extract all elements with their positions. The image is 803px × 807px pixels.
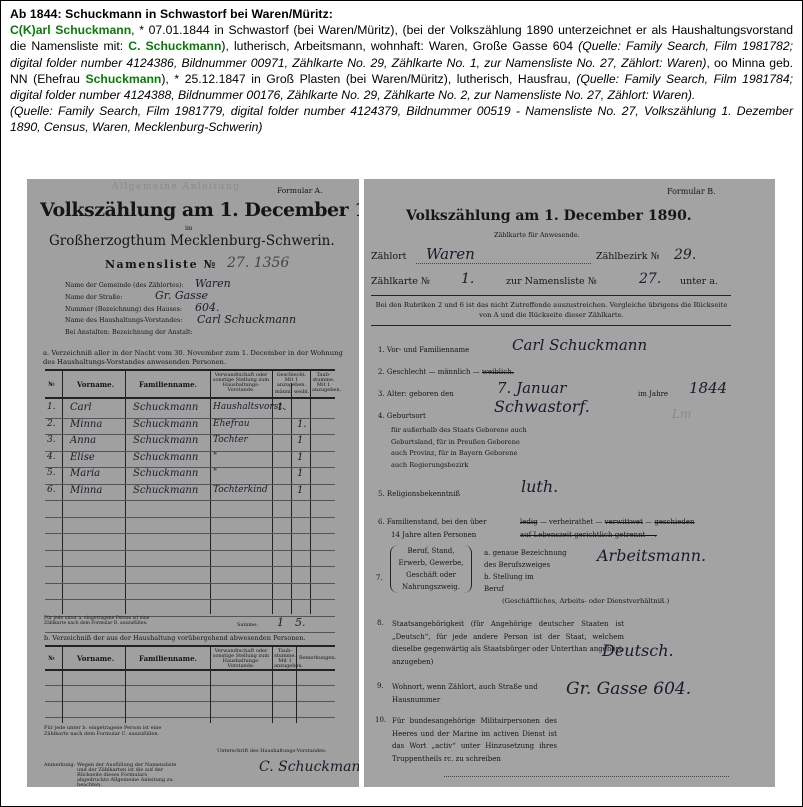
- item-no: 2.: [378, 368, 385, 376]
- option-verwittwet: verwittwet: [605, 518, 643, 526]
- census-source-paragraph: (Quelle: Family Search, Film 1981779, di…: [10, 103, 793, 135]
- cell-stellung: ": [213, 468, 217, 478]
- option-verheiratet: verheirathet: [549, 518, 593, 526]
- cell-no: 1.: [47, 402, 56, 412]
- text-span: ), * 25.12.1847 in Groß Plasten (bei War…: [161, 72, 576, 86]
- source-citation: (Quelle: Family Search, Film 1981779, di…: [10, 104, 793, 134]
- namensliste-label: zur Namensliste №: [506, 276, 597, 287]
- col-no: №: [48, 655, 55, 662]
- cell-vorname: Maria: [70, 468, 100, 479]
- item-7a-label: a. genaue Bezeichnung des Berufszweiges: [484, 547, 579, 571]
- unter-label: unter a.: [680, 276, 718, 287]
- field-hausnummer: Nummer (Bezeichnung) des Hauses:: [65, 304, 193, 316]
- signature-name: C. Schuckmann: [128, 39, 221, 53]
- text-span: ), lutherisch, Arbeitsmann, wohnhaft: Wa…: [221, 39, 578, 53]
- item-label: 14 Jahre alten Personen: [378, 529, 486, 542]
- cell-stellung: Tochterkind: [213, 485, 268, 495]
- col-vorname: Vorname.: [77, 380, 114, 389]
- cell-w: 1: [297, 468, 303, 479]
- note-b: Für jede unter b. eingetragene Person is…: [44, 725, 164, 737]
- col-bemerkungen: Bemerkungen.: [299, 656, 336, 661]
- col-stellung: Verwandtschaft oder sonstige Stellung zu…: [212, 649, 270, 669]
- note-a: Für jede unter a. eingetragene Person is…: [44, 616, 164, 626]
- item-label: Religionsbekenntniß: [387, 490, 460, 498]
- cell-stellung: Haushaltsvorst.: [213, 402, 285, 412]
- cell-stellung: Ehefrau: [213, 419, 250, 429]
- field-vorstand: Name des Haushaltungs-Vorstandes:: [65, 315, 193, 327]
- vorstand-value: Carl Schuckmann: [197, 313, 296, 326]
- sub-label: Geburtsland, für in Preußen Geborene: [391, 437, 527, 449]
- row-line: [45, 550, 335, 551]
- option-getrennt: auf Lebenszeit gerichtlich getrennt —.: [520, 531, 657, 539]
- item-label: Familienstand, bei den über: [387, 518, 487, 526]
- anmerkung-label: Anmerkung:: [44, 763, 75, 768]
- item-1-label: 1. Vor- und Familienname: [378, 346, 469, 354]
- col-maennl: männl.: [275, 390, 292, 395]
- option-ledig: ledig: [520, 518, 538, 526]
- field-label: Name der Straße:: [65, 294, 122, 301]
- cell-no: 4.: [47, 452, 56, 462]
- item-10-no: 10.: [375, 716, 386, 724]
- item-7-no: 7.: [376, 574, 383, 582]
- col-familienname: Familienname.: [139, 380, 197, 389]
- birthyear-value: 1844: [689, 379, 727, 397]
- col-vorname: Vorname.: [77, 654, 114, 663]
- cell-familienname: Schuckmann: [133, 452, 198, 463]
- col-geschlecht: Geschlecht. Mit 1 anzugeben.: [274, 373, 309, 388]
- row-line: [45, 583, 335, 584]
- cell-familienname: Schuckmann: [133, 435, 198, 446]
- formular-label: Formular B.: [667, 187, 716, 196]
- cell-vorname: Carl: [70, 402, 92, 413]
- item-8-label: Staatsangehörigkeit (für Angehörige deut…: [392, 618, 624, 668]
- col-stellung: Verwandtschaft oder sonstige Stellung zu…: [212, 373, 270, 393]
- signature: C. Schuckmann: [259, 759, 359, 775]
- item-label: Geburtsort: [387, 412, 426, 420]
- section-b-heading: b. Verzeichniß der aus der Haushaltung v…: [44, 634, 306, 642]
- faded-header: Allgemeine Anleitung.: [112, 182, 245, 192]
- bracket-line: Beruf, Stand,: [391, 545, 471, 557]
- col-taubstumm: Taub-stumme. Mit 1 anzugeben.: [312, 373, 335, 393]
- cell-vorname: Minna: [70, 419, 102, 430]
- region-title: Großherzogthum Mecklenburg-Schwerin.: [49, 233, 335, 249]
- cell-familienname: Schuckmann: [133, 468, 198, 479]
- instruction-text: Bei den Rubriken 2 und 6 ist das nicht Z…: [374, 300, 729, 320]
- cell-familienname: Schuckmann: [133, 402, 198, 413]
- item-no: 3.: [378, 390, 385, 398]
- field-label: Nummer (Bezeichnung) des Hauses:: [65, 306, 182, 313]
- zaehlort-line: [416, 263, 591, 264]
- cell-no: 3.: [47, 435, 56, 445]
- row-line: [45, 517, 335, 518]
- field-label: Name des Haushaltungs-Vorstandes:: [65, 317, 182, 324]
- item-8-no: 8.: [377, 619, 384, 627]
- item-label: Geschlecht — männlich —: [387, 368, 480, 376]
- row-line: [45, 500, 335, 501]
- row-line: [45, 599, 335, 600]
- item-7-bracket: Beruf, Stand, Erwerb, Gewerbe, Geschäft …: [390, 545, 472, 593]
- item-7b-label: b. Stellung im Beruf: [484, 571, 554, 595]
- item-label: Alter: geboren den: [387, 390, 454, 398]
- col-weibl: weibl.: [294, 390, 309, 395]
- im-label: im: [185, 225, 193, 232]
- census-form-b-scan: Formular B. Volkszählung am 1. December …: [364, 179, 775, 787]
- col-taubstumm: Taub-stumme. Mit 1 anzugeben.: [274, 649, 296, 669]
- row-line: [45, 533, 335, 534]
- row-line: [45, 632, 335, 633]
- zaehlkarte-label: Zählkarte №: [371, 276, 430, 287]
- item-9-label: Wohnort, wenn Zählort, auch Straße und H…: [392, 681, 562, 706]
- item-7b-note: (Geschäftliches, Arbeits- oder Dienstver…: [502, 597, 669, 605]
- item-no: 5.: [378, 490, 385, 498]
- field-anstalt: Bei Anstalten: Bezeichnung der Anstalt:: [65, 327, 193, 339]
- field-label: Bei Anstalten: Bezeichnung der Anstalt:: [65, 329, 193, 336]
- namensliste-value: 27.: [639, 271, 661, 287]
- cell-vorname: Elise: [70, 452, 95, 463]
- cell-w: 1: [297, 452, 303, 463]
- sub-label: auch Regierungsbezirk: [391, 460, 527, 472]
- zaehlbezirk-label: Zählbezirk №: [596, 251, 659, 262]
- row-line: [45, 566, 335, 567]
- residence-value: Gr. Gasse 604.: [566, 679, 691, 699]
- zaehlkarte-value: 1.: [461, 271, 474, 287]
- formular-label: Formular A.: [277, 186, 322, 195]
- zaehlort-value: Waren: [426, 245, 475, 263]
- item-4-sublabels: für außerhalb des Staats Geborene auch G…: [391, 425, 527, 471]
- cell-no: 5.: [47, 468, 56, 478]
- census-form-a-scan: Allgemeine Anleitung. Formular A. Volksz…: [27, 179, 359, 787]
- col-no: №: [48, 381, 55, 388]
- field-label: Name der Gemeinde (des Zählortes):: [65, 282, 184, 289]
- cell-vorname: Minna: [70, 485, 102, 496]
- form-subtitle: Zählkarte für Anwesende.: [494, 231, 580, 239]
- cell-w: 1: [297, 435, 303, 446]
- nationality-value: Deutsch.: [602, 641, 674, 660]
- occupation-value: Arbeitsmann.: [597, 546, 706, 565]
- zaehlbezirk-value: 29.: [674, 247, 696, 263]
- cell-stellung: Tochter: [213, 435, 248, 445]
- summe-label: Summe:: [237, 623, 258, 628]
- struck-option: weiblich.: [482, 368, 514, 376]
- item-label: Vor- und Familienname: [387, 346, 469, 354]
- name-value: Carl Schuckmann: [512, 336, 647, 354]
- cell-stellung: ": [213, 452, 217, 462]
- zaehlort-label: Zählort: [371, 251, 407, 262]
- intro-text: Ab 1844: Schuckmann in Schwastorf bei Wa…: [10, 6, 793, 136]
- form-title: Volkszählung am 1. December 1890: [40, 199, 359, 221]
- marital-options: ledig — verheirathet — verwittwet — gesc…: [520, 516, 695, 542]
- birthplace-value: Schwastorf.: [494, 397, 590, 416]
- cell-w: 1: [297, 485, 303, 496]
- bracket-line: Erwerb, Gewerbe,: [391, 557, 471, 569]
- cell-no: 6.: [47, 485, 56, 495]
- bracket-line: Geschäft oder: [391, 569, 471, 581]
- sub-label: auch Provinz, für in Bayern Geborene: [391, 448, 527, 460]
- cell-familienname: Schuckmann: [133, 485, 198, 496]
- cell-vorname: Anna: [70, 435, 96, 446]
- item-4-label: 4. Geburtsort: [378, 412, 426, 420]
- cell-familienname: Schuckmann: [133, 419, 198, 430]
- cell-no: 2.: [47, 419, 56, 429]
- namensliste-value: 27. 1356: [227, 255, 289, 271]
- spouse-surname: Schuckmann: [86, 72, 162, 86]
- item-no: 4.: [378, 412, 385, 420]
- item-6-label: 6. Familienstand, bei den über 14 Jahre …: [378, 516, 486, 542]
- cell-w: 1.: [297, 419, 307, 430]
- present-persons-table: № Vorname. Familienname. Verwandtschaft …: [45, 369, 335, 611]
- sub-label: für außerhalb des Staats Geborene auch: [391, 425, 527, 437]
- section-a-heading: a. Verzeichniß aller in der Nacht vom 30…: [43, 349, 343, 367]
- divider: [371, 295, 731, 296]
- option-geschieden: geschieden: [654, 518, 694, 526]
- form-title: Volkszählung am 1. December 1890.: [406, 208, 692, 224]
- item-10-line: [444, 776, 729, 777]
- person-paragraph: C(K)arl Schuckmann, * 07.01.1844 in Schw…: [10, 22, 793, 103]
- col-familienname: Familienname.: [139, 654, 197, 663]
- signature-label: Unterschrift des Haushaltungs-Vorstandes…: [217, 749, 326, 754]
- anmerkung-text: Wegen der Ausfüllung der Namensliste und…: [77, 763, 177, 787]
- item-5-label: 5. Religionsbekenntniß: [378, 490, 460, 498]
- cell-m: 1.: [277, 402, 287, 413]
- namensliste-label: Namensliste №: [105, 258, 217, 271]
- person-name: C(K)arl Schuckmann: [10, 23, 131, 37]
- bracket-line: Nahrungszweig.: [391, 581, 471, 593]
- birthplace-annotation: Lm: [672, 407, 691, 421]
- religion-value: luth.: [521, 477, 558, 496]
- summe-m: 1: [277, 616, 284, 629]
- item-no: 1.: [378, 346, 385, 354]
- year-label: im Jahre: [638, 390, 668, 398]
- section-title: Ab 1844: Schuckmann in Schwastorf bei Wa…: [10, 6, 793, 22]
- item-2-label: 2. Geschlecht — männlich — weiblich.: [378, 368, 514, 376]
- summe-w: 5.: [295, 616, 306, 629]
- item-3-label: 3. Alter: geboren den: [378, 390, 454, 398]
- item-no: 6.: [378, 518, 385, 526]
- item-10-label: Für bundesangehörige Militairpersonen de…: [392, 715, 557, 765]
- item-9-no: 9.: [377, 682, 384, 690]
- divider: [371, 325, 731, 326]
- absent-persons-table: № Vorname. Familienname. Verwandtschaft …: [45, 645, 335, 721]
- birthdate-value: 7. Januar: [497, 379, 566, 397]
